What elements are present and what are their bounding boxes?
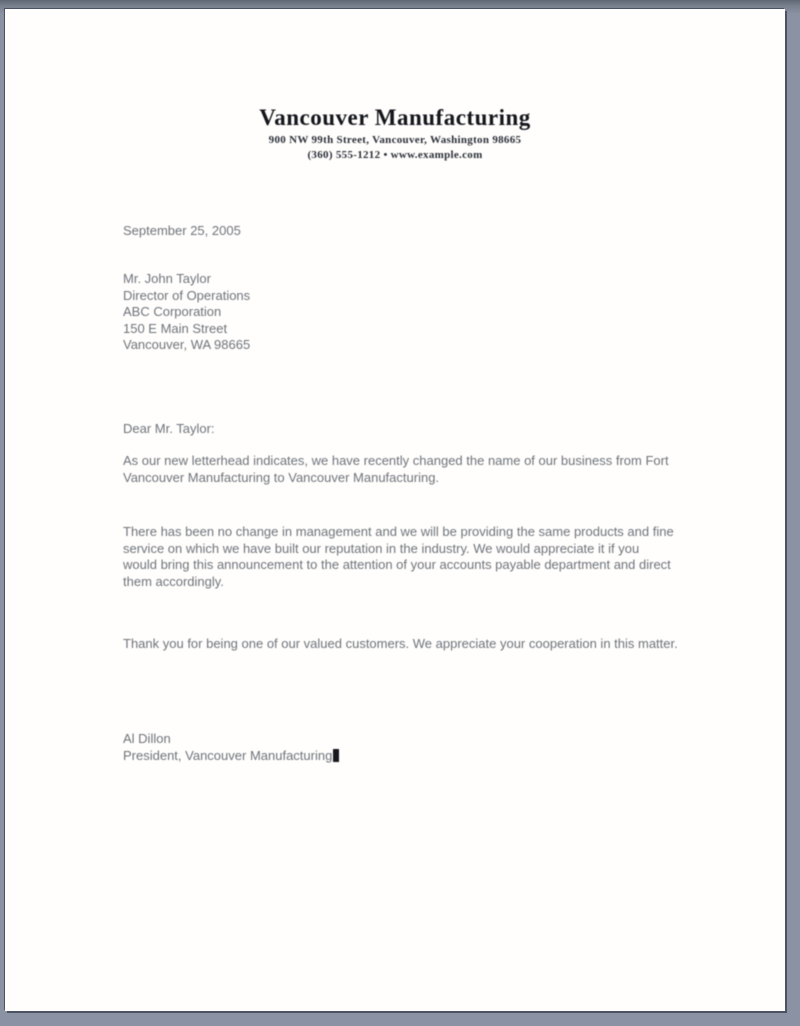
salutation: Dear Mr. Taylor:: [123, 421, 215, 438]
text-cursor-icon: [333, 749, 339, 762]
recipient-address-block: Mr. John Taylor Director of Operations A…: [123, 271, 250, 354]
recipient-street: 150 E Main Street: [123, 321, 250, 338]
paragraph-thanks: Thank you for being one of our valued cu…: [123, 636, 683, 653]
recipient-name: Mr. John Taylor: [123, 271, 250, 288]
signer-title: President, Vancouver Manufacturing: [123, 748, 339, 765]
document-viewport: Vancouver Manufacturing 900 NW 99th Stre…: [0, 0, 800, 1026]
paragraph-name-change: As our new letterhead indicates, we have…: [123, 453, 671, 486]
letterhead-contact: (360) 555-1212 • www.example.com: [5, 149, 785, 161]
letterhead: Vancouver Manufacturing 900 NW 99th Stre…: [5, 105, 785, 161]
paragraph-management: There has been no change in management a…: [123, 524, 675, 590]
recipient-city-state-zip: Vancouver, WA 98665: [123, 337, 250, 354]
company-name: Vancouver Manufacturing: [5, 105, 785, 131]
recipient-title: Director of Operations: [123, 288, 250, 305]
signer-name: Al Dillon: [123, 731, 339, 748]
signature-block: Al Dillon President, Vancouver Manufactu…: [123, 731, 339, 764]
recipient-company: ABC Corporation: [123, 304, 250, 321]
letter-date: September 25, 2005: [123, 223, 241, 240]
letter-page: Vancouver Manufacturing 900 NW 99th Stre…: [5, 9, 785, 1011]
letterhead-address: 900 NW 99th Street, Vancouver, Washingto…: [5, 134, 785, 146]
